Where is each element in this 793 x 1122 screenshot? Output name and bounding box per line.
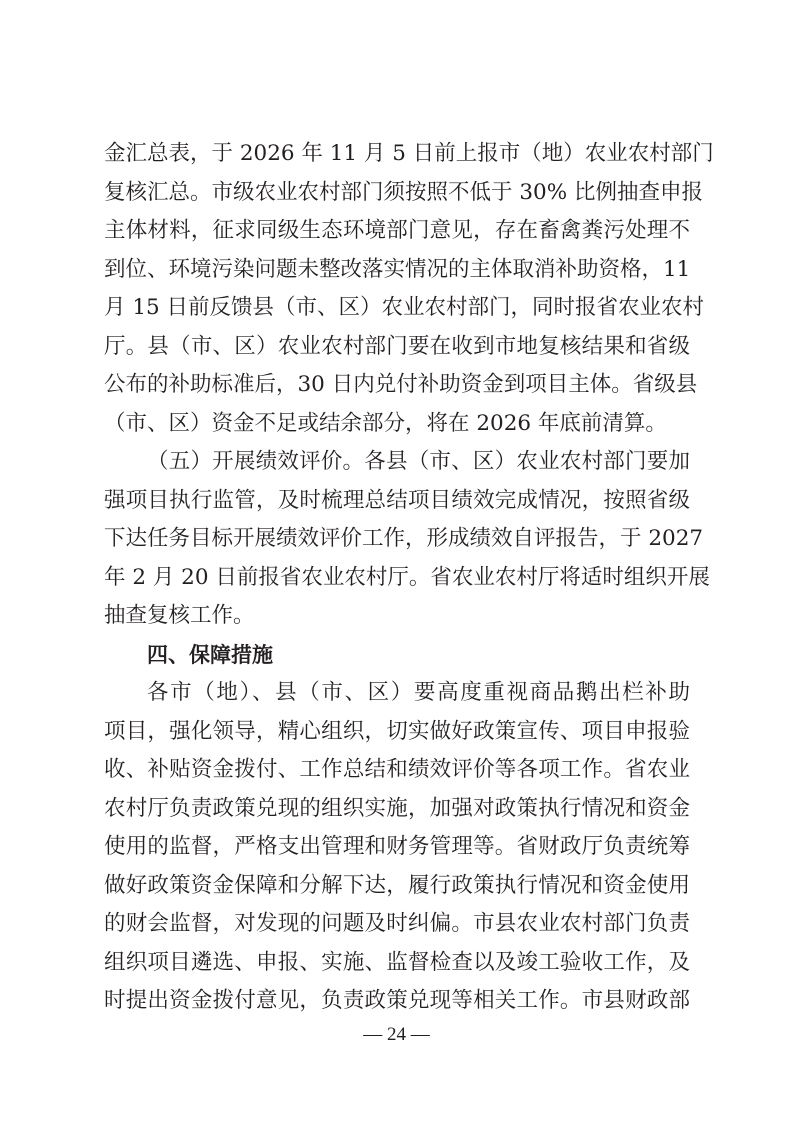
text-line: 各市（地）、县（市、区）要高度重视商品鹅出栏补助 bbox=[104, 674, 690, 713]
section-heading: 四、保障措施 bbox=[104, 636, 690, 675]
text-line: 下达任务目标开展绩效评价工作，形成绩效自评报告，于 2027 bbox=[104, 520, 690, 559]
document-body: 金汇总表，于 2026 年 11 月 5 日前上报市（地）农业农村部门 复核汇总… bbox=[104, 135, 690, 1021]
paragraph-fund-review: 金汇总表，于 2026 年 11 月 5 日前上报市（地）农业农村部门 复核汇总… bbox=[104, 135, 690, 443]
text-line: 项目，强化领导，精心组织，切实做好政策宣传、项目申报验 bbox=[104, 713, 690, 752]
page-number: — 24 — bbox=[0, 1024, 793, 1046]
text-line: 抽查复核工作。 bbox=[104, 597, 690, 636]
text-line: 做好政策资金保障和分解下达，履行政策执行情况和资金使用 bbox=[104, 867, 690, 906]
text-line: 强项目执行监管，及时梳理总结项目绩效完成情况，按照省级 bbox=[104, 482, 690, 521]
text-line: 时提出资金拨付意见，负责政策兑现等相关工作。市县财政部 bbox=[104, 982, 690, 1021]
text-line: 厅。县（市、区）农业农村部门要在收到市地复核结果和省级 bbox=[104, 328, 690, 367]
paragraph-safeguard-measures: 各市（地）、县（市、区）要高度重视商品鹅出栏补助 项目，强化领导，精心组织，切实… bbox=[104, 674, 690, 1021]
text-line: 月 15 日前反馈县（市、区）农业农村部门，同时报省农业农村 bbox=[104, 289, 690, 328]
text-line: 农村厅负责政策兑现的组织实施，加强对政策执行情况和资金 bbox=[104, 790, 690, 829]
text-line: 金汇总表，于 2026 年 11 月 5 日前上报市（地）农业农村部门 bbox=[104, 135, 690, 174]
text-line: （市、区）资金不足或结余部分，将在 2026 年底前清算。 bbox=[104, 405, 690, 444]
text-line: 使用的监督，严格支出管理和财务管理等。省财政厅负责统筹 bbox=[104, 828, 690, 867]
text-line: 组织项目遴选、申报、实施、监督检查以及竣工验收工作，及 bbox=[104, 944, 690, 983]
text-line: （五）开展绩效评价。各县（市、区）农业农村部门要加 bbox=[104, 443, 690, 482]
document-page: 金汇总表，于 2026 年 11 月 5 日前上报市（地）农业农村部门 复核汇总… bbox=[0, 0, 793, 1122]
text-line: 收、补贴资金拨付、工作总结和绩效评价等各项工作。省农业 bbox=[104, 751, 690, 790]
text-line: 年 2 月 20 日前报省农业农村厅。省农业农村厅将适时组织开展 bbox=[104, 559, 690, 598]
text-line: 复核汇总。市级农业农村部门须按照不低于 30% 比例抽查申报 bbox=[104, 174, 690, 213]
text-line: 的财会监督，对发现的问题及时纠偏。市县农业农村部门负责 bbox=[104, 905, 690, 944]
text-line: 主体材料，征求同级生态环境部门意见，存在畜禽粪污处理不 bbox=[104, 212, 690, 251]
text-line: 到位、环境污染问题未整改落实情况的主体取消补助资格，11 bbox=[104, 251, 690, 290]
text-line: 公布的补助标准后，30 日内兑付补助资金到项目主体。省级县 bbox=[104, 366, 690, 405]
paragraph-performance-evaluation: （五）开展绩效评价。各县（市、区）农业农村部门要加 强项目执行监管，及时梳理总结… bbox=[104, 443, 690, 636]
